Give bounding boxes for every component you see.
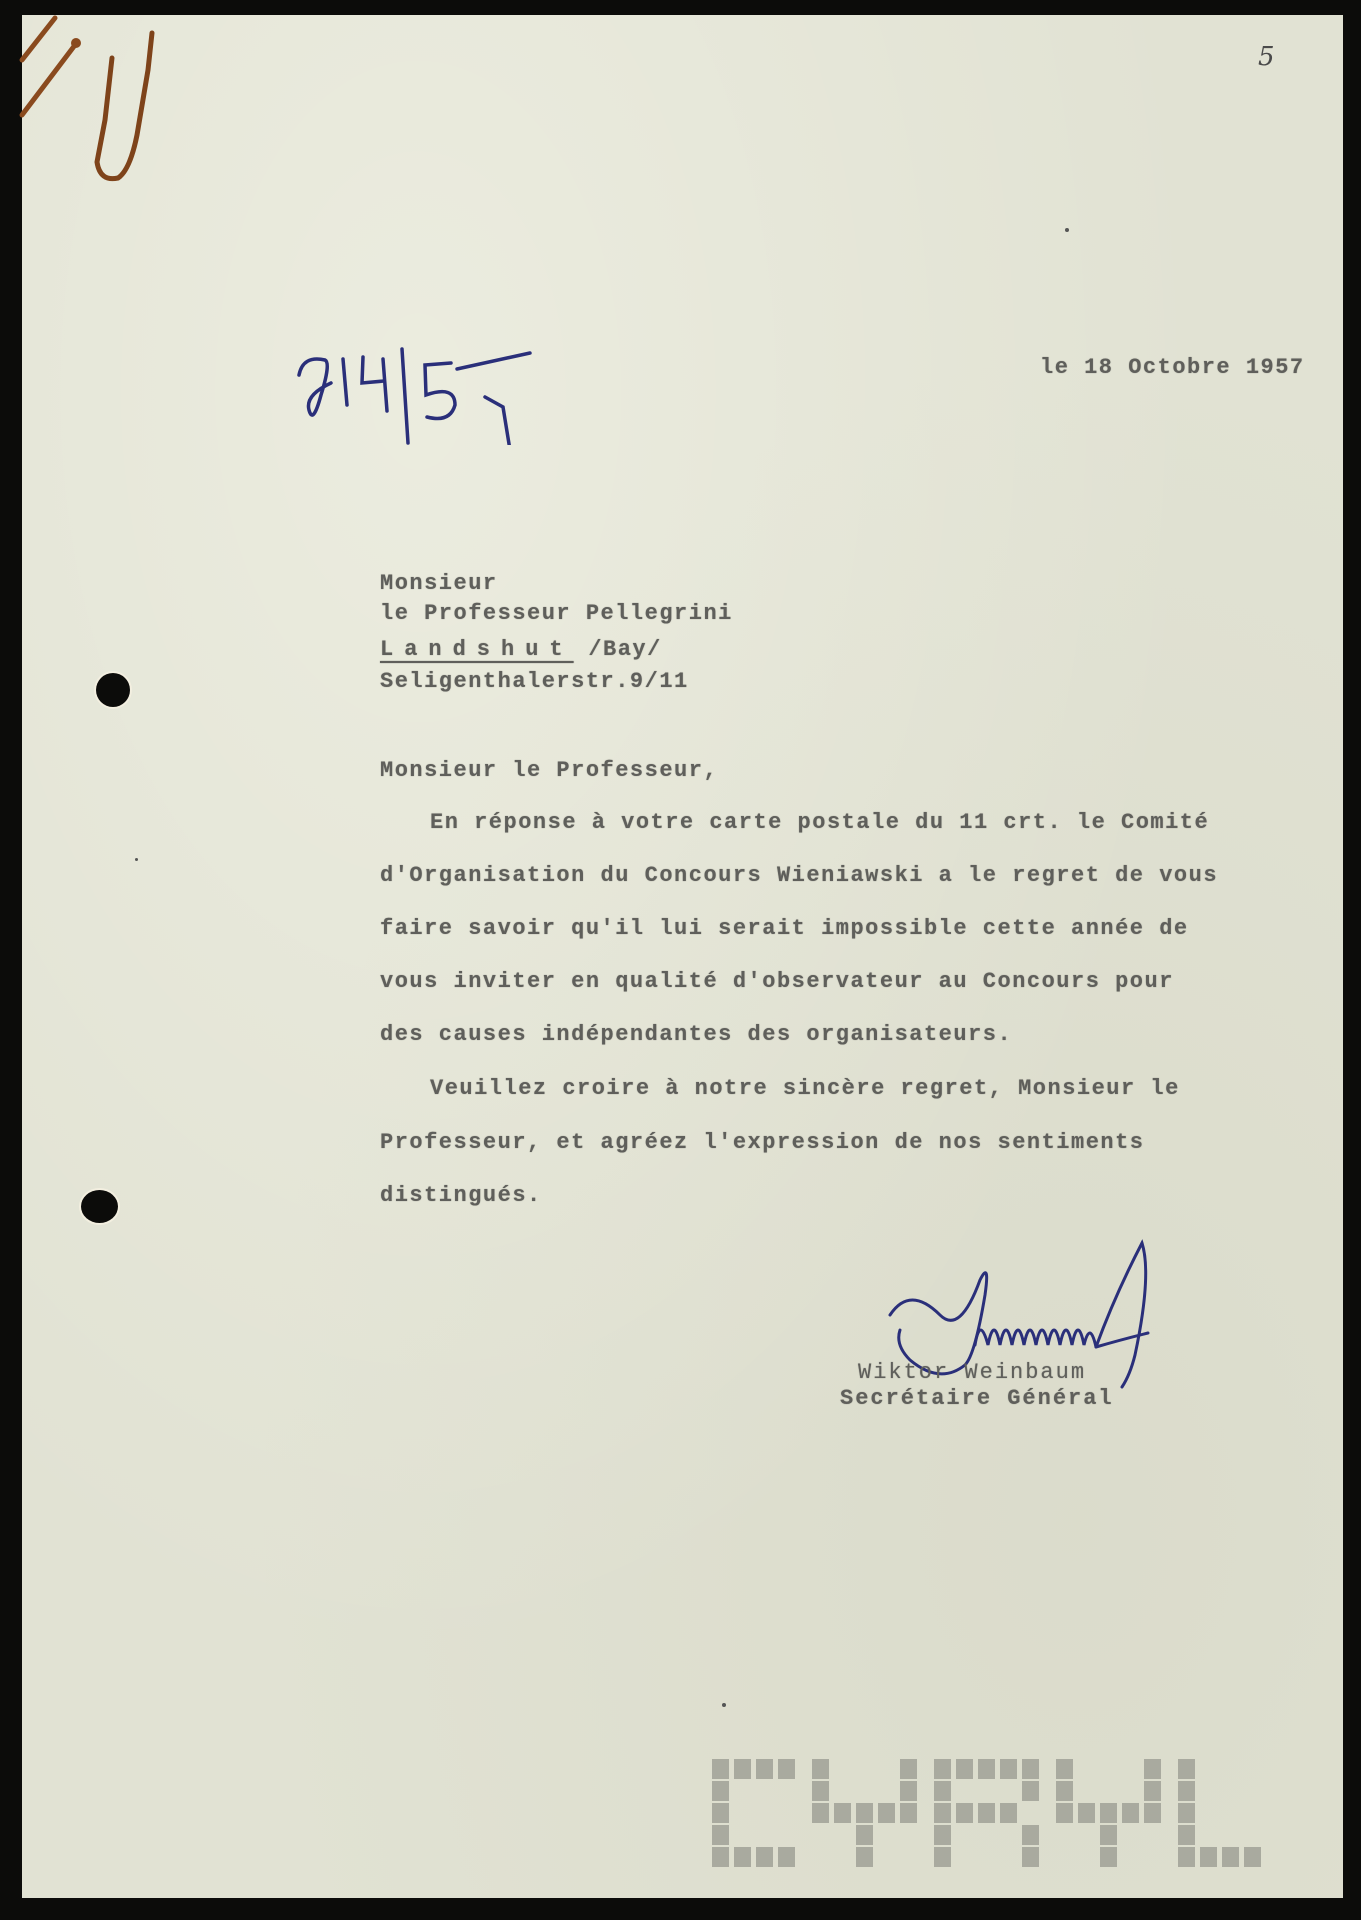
watermark-cell (934, 1803, 951, 1823)
watermark-cell (1022, 1759, 1039, 1779)
punch-hole-bottom (81, 1190, 118, 1223)
watermark-cell (756, 1759, 773, 1779)
watermark-cell (956, 1803, 973, 1823)
body-line: Professeur, et agréez l'expression de no… (380, 1130, 1145, 1155)
watermark-cell (856, 1847, 873, 1867)
watermark-cell (778, 1759, 795, 1779)
watermark-cell (856, 1825, 873, 1845)
recipient-street: Seligenthalerstr.9/11 (380, 664, 689, 700)
salutation: Monsieur le Professeur, (380, 758, 718, 783)
watermark-cell (900, 1781, 917, 1801)
punch-hole-top (96, 673, 130, 707)
watermark-cell (734, 1759, 751, 1779)
watermark-cell (1178, 1803, 1195, 1823)
watermark-cell (812, 1803, 829, 1823)
watermark-cell (712, 1781, 729, 1801)
watermark-cell (812, 1781, 829, 1801)
watermark-cell (934, 1825, 951, 1845)
signatory-name: Wiktor Weinbaum (858, 1360, 1086, 1385)
watermark-cell (1122, 1803, 1139, 1823)
watermark-cell (756, 1847, 773, 1867)
document-page (22, 15, 1343, 1898)
signatory-title: Secrétaire Général (840, 1386, 1114, 1411)
watermark-cell (934, 1847, 951, 1867)
paper-speck (1065, 228, 1069, 232)
watermark-cell (712, 1803, 729, 1823)
watermark-cell (1100, 1847, 1117, 1867)
watermark-cell (778, 1847, 795, 1867)
body-line: faire savoir qu'il lui serait impossible… (380, 916, 1189, 941)
watermark-cell (734, 1847, 751, 1867)
letter-date: le 18 Octobre 1957 (1040, 355, 1305, 380)
watermark-cell (1056, 1781, 1073, 1801)
watermark-cell (978, 1803, 995, 1823)
watermark-cell (1022, 1847, 1039, 1867)
watermark-cell (978, 1759, 995, 1779)
body-line: d'Organisation du Concours Wieniawski a … (380, 863, 1218, 888)
watermark-cell (1144, 1781, 1161, 1801)
watermark-cell (934, 1759, 951, 1779)
page-number: 5 (1258, 42, 1275, 72)
watermark-cell (1056, 1759, 1073, 1779)
watermark-cell (1200, 1847, 1217, 1867)
watermark-cell (712, 1847, 729, 1867)
watermark-cell (1178, 1759, 1195, 1779)
watermark-cell (712, 1825, 729, 1845)
recipient-city: Landshut (380, 637, 574, 662)
watermark-cell (1056, 1803, 1073, 1823)
watermark-cell (1144, 1759, 1161, 1779)
watermark-cell (934, 1781, 951, 1801)
watermark-cell (1178, 1825, 1195, 1845)
watermark-cell (1100, 1825, 1117, 1845)
watermark-cell (1022, 1781, 1039, 1801)
watermark-cell (712, 1759, 729, 1779)
watermark-cell (1222, 1847, 1239, 1867)
watermark-cell (1244, 1847, 1261, 1867)
watermark-cell (900, 1803, 917, 1823)
watermark-cell (956, 1759, 973, 1779)
watermark-cell (812, 1759, 829, 1779)
watermark-cell (1178, 1847, 1195, 1867)
body-line: des causes indépendantes des organisateu… (380, 1022, 1012, 1047)
recipient-region: /Bay/ (574, 637, 662, 662)
body-line: vous inviter en qualité d'observateur au… (380, 969, 1174, 994)
body-line: En réponse à votre carte postale du 11 c… (430, 810, 1209, 835)
watermark-cell (834, 1803, 851, 1823)
watermark-cell (1144, 1803, 1161, 1823)
recipient-city-line: Landshut /Bay/ (380, 632, 662, 668)
watermark-cell (900, 1759, 917, 1779)
watermark-cell (1100, 1803, 1117, 1823)
rust-staple-mark-icon (0, 0, 200, 200)
watermark-cell (1178, 1781, 1195, 1801)
paper-speck (722, 1703, 726, 1707)
handwritten-reference-number: 714/57 (285, 335, 555, 445)
paper-speck (135, 858, 138, 861)
recipient-line-2: le Professeur Pellegrini (380, 596, 733, 632)
watermark-cell (1022, 1825, 1039, 1845)
watermark-cell (856, 1803, 873, 1823)
watermark-cell (878, 1803, 895, 1823)
body-line: distingués. (380, 1183, 542, 1208)
body-line: Veuillez croire à notre sincère regret, … (430, 1076, 1180, 1101)
watermark-cell (1000, 1803, 1017, 1823)
watermark-cell (1000, 1759, 1017, 1779)
watermark-cell (1078, 1803, 1095, 1823)
